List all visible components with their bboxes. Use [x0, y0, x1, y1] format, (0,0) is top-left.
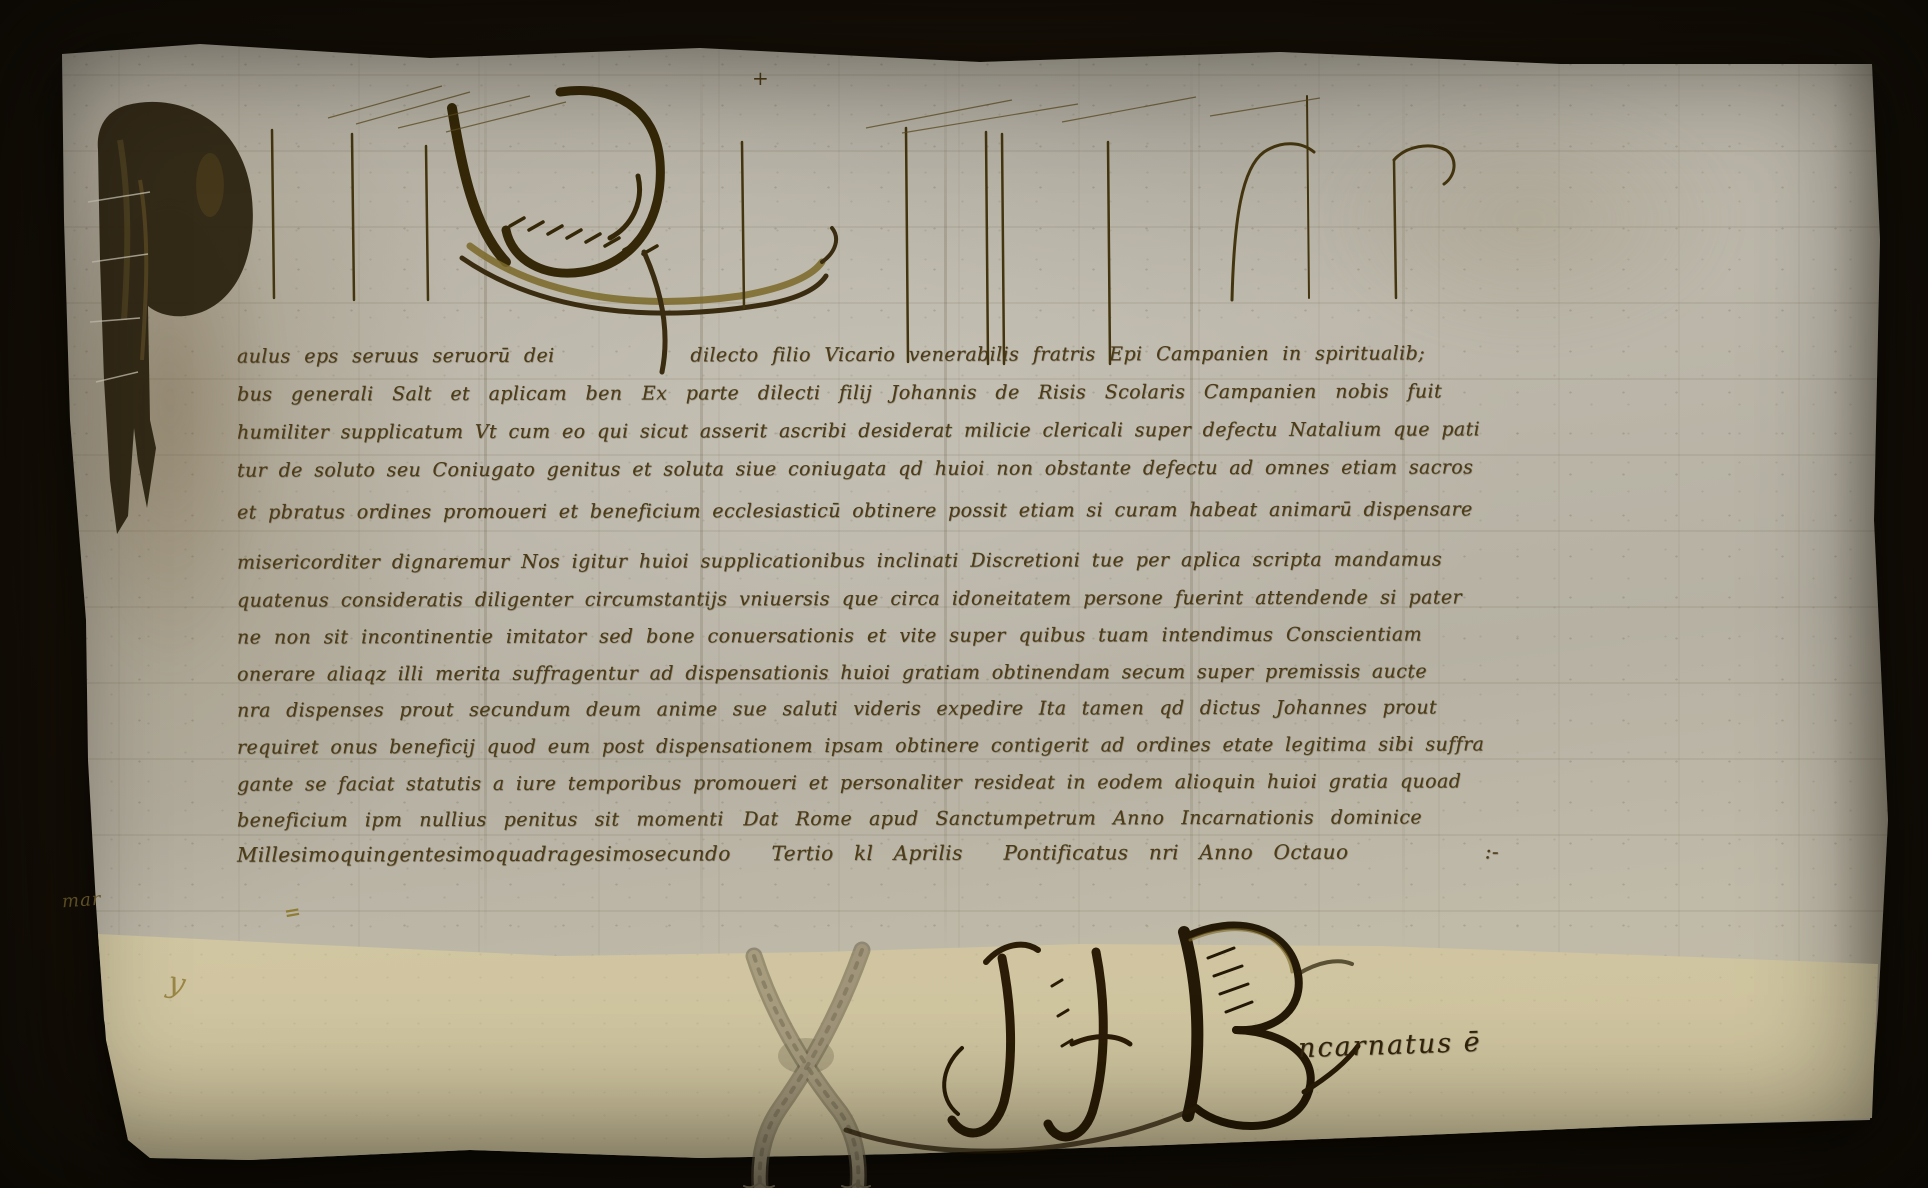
sealing-cord	[744, 950, 870, 1187]
manuscript-photo: aulus eps seruus seruorū dei dilecto fil…	[0, 0, 1928, 1188]
scribe-signature-name: ncarnatus ē	[1298, 1027, 1483, 1064]
elongated-ascender-strokes	[272, 96, 1454, 364]
hairline-flourishes	[328, 86, 1320, 133]
scribe-signature-flourish	[846, 926, 1358, 1152]
illuminated-initial-P	[88, 102, 253, 534]
ink-artwork-layer	[0, 0, 1928, 1188]
calligraphic-flourish	[452, 90, 836, 372]
